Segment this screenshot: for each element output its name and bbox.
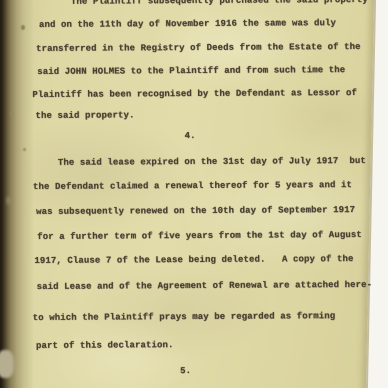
text-line: Plaintiff has been recognised by the Def… xyxy=(32,88,357,100)
page-number: 5. xyxy=(180,366,191,376)
text-line: the said property. xyxy=(35,110,134,121)
text-line: The said lease expired on the 31st day o… xyxy=(58,156,366,168)
text-line: said Lease and of the Agreement of Renew… xyxy=(37,280,373,292)
text-line: the Defendant claimed a renewal thereof … xyxy=(33,180,352,192)
text-line: was subsequently renewed on the 10th day… xyxy=(36,205,355,217)
scanned-document-page: The Plaintiff subsequently purchased the… xyxy=(0,0,388,388)
text-line: 1917, Clause 7 of the Lease being delete… xyxy=(34,254,353,266)
section-number: 4. xyxy=(185,131,196,141)
text-line: said JOHN HOLMES to the Plaintiff and fr… xyxy=(37,65,345,77)
typewritten-text: The Plaintiff subsequently purchased the… xyxy=(0,0,388,388)
text-line: part of this declaration. xyxy=(36,340,174,351)
text-line: to which the Plaintiff prays may be rega… xyxy=(33,311,336,323)
text-line: for a further term of five years from th… xyxy=(37,230,362,242)
text-line: transferred in the Registry of Deeds fro… xyxy=(36,42,361,54)
text-line: The Plaintiff subsequently purchased the… xyxy=(71,0,368,7)
text-line: and on the 11th day of November 1916 the… xyxy=(39,18,336,30)
